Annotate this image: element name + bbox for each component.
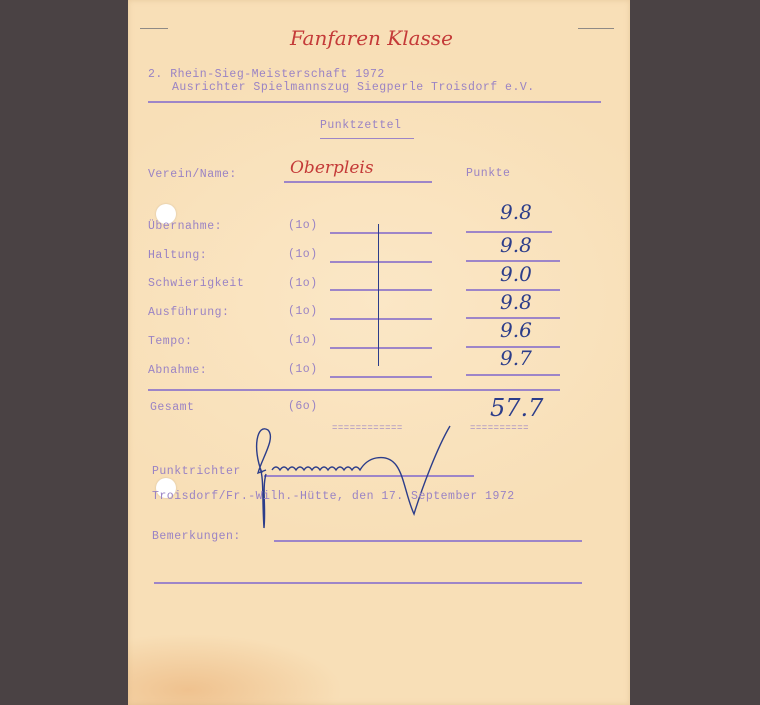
total-divider: [148, 389, 560, 391]
remarks-line-2: [154, 582, 582, 584]
criterion-score: 9.7: [500, 346, 532, 370]
total-max: (6o): [288, 400, 318, 413]
criterion-label: Abnahme:: [148, 364, 207, 377]
criterion-max: (1o): [288, 219, 318, 232]
fold-mark-right: [578, 28, 614, 29]
score-line: [466, 374, 560, 376]
criterion-line: [330, 376, 432, 378]
header-line-2: Ausrichter Spielmannszug Siegperle Trois…: [172, 81, 535, 94]
criterion-score: 9.0: [500, 262, 532, 286]
form-title-underline: [320, 138, 414, 139]
criterion-label: Haltung:: [148, 249, 207, 262]
criterion-line: [330, 318, 432, 320]
judge-label: Punktrichter: [152, 465, 241, 478]
criterion-max: (1o): [288, 363, 318, 376]
criterion-label: Tempo:: [148, 335, 192, 348]
criterion-max: (1o): [288, 277, 318, 290]
handwritten-vertical-stroke: [378, 224, 379, 366]
remarks-label: Bemerkungen:: [152, 530, 241, 543]
criterion-line: [330, 347, 432, 349]
criterion-line: [330, 261, 432, 263]
total-label: Gesamt: [150, 401, 194, 414]
criterion-line: [330, 232, 432, 234]
criterion-score: 9.8: [500, 200, 532, 224]
criterion-max: (1o): [288, 248, 318, 261]
club-label: Verein/Name:: [148, 168, 237, 181]
header-divider: [148, 101, 601, 103]
handwritten-class-title: Fanfaren Klasse: [290, 26, 453, 50]
criterion-label: Schwierigkeit: [148, 277, 244, 290]
total-double-rule-right: ==========: [470, 423, 529, 433]
header-line-1: 2. Rhein-Sieg-Meisterschaft 1972: [148, 68, 385, 81]
place-and-date: Troisdorf/Fr.-Wilh.-Hütte, den 17. Septe…: [152, 490, 515, 503]
form-title: Punktzettel: [320, 119, 401, 132]
criterion-line: [330, 289, 432, 291]
remarks-line-1: [274, 540, 582, 542]
club-name-line: [284, 181, 432, 183]
criterion-max: (1o): [288, 305, 318, 318]
criterion-label: Ausführung:: [148, 306, 229, 319]
judge-signature: [252, 418, 462, 538]
fold-mark-left: [140, 28, 168, 29]
points-column-header: Punkte: [466, 167, 510, 180]
club-name-handwritten: Oberpleis: [290, 158, 374, 178]
criterion-max: (1o): [288, 334, 318, 347]
criterion-score: 9.8: [500, 290, 532, 314]
criterion-label: Übernahme:: [148, 220, 222, 233]
total-score-handwritten: 57.7: [490, 394, 543, 422]
scanned-score-sheet: Fanfaren Klasse 2. Rhein-Sieg-Meistersch…: [128, 0, 630, 705]
criterion-score: 9.8: [500, 233, 532, 257]
criterion-score: 9.6: [500, 318, 532, 342]
